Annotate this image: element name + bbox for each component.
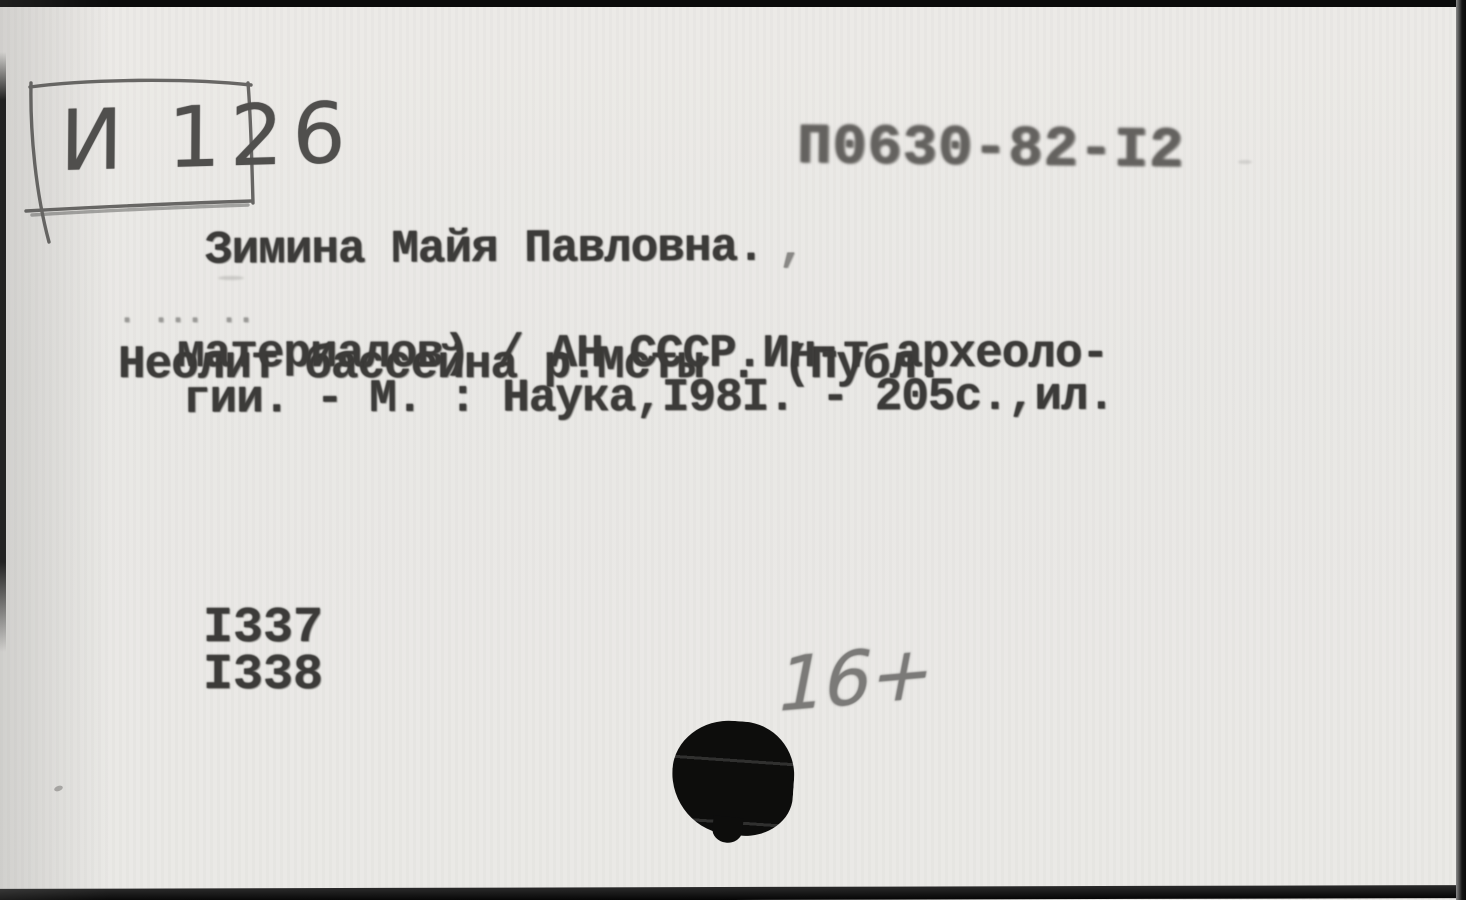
scan-speck (1238, 160, 1252, 164)
scan-speck (218, 276, 244, 280)
scan-edge-line-left (0, 52, 6, 652)
scan-speck (53, 785, 63, 793)
scan-border-top (0, 0, 1466, 7)
inventory-numbers: I337 I338 (203, 605, 323, 699)
punch-hole-mark (668, 717, 798, 839)
handwritten-pencil-note: 16+ (770, 628, 943, 729)
call-number-handwritten: И 126 (60, 84, 355, 190)
stray-ink-mark: , (778, 221, 805, 273)
scan-border-right (1456, 0, 1466, 900)
inventory-number-1: I337 (203, 605, 323, 652)
author-name: Зимина Майя Павловна. (205, 222, 764, 277)
registration-stamp-code: П0630-82-I2 (797, 116, 1185, 184)
entry-line-4: гии. - М. : Наука,I98I. - 205с.,ил. (183, 373, 1114, 422)
inventory-number-2: I338 (203, 652, 323, 699)
scan-border-bottom (0, 885, 1466, 900)
catalog-card-scan: И 126 П0630-82-I2 Зимина Майя Павловна.,… (0, 0, 1466, 900)
